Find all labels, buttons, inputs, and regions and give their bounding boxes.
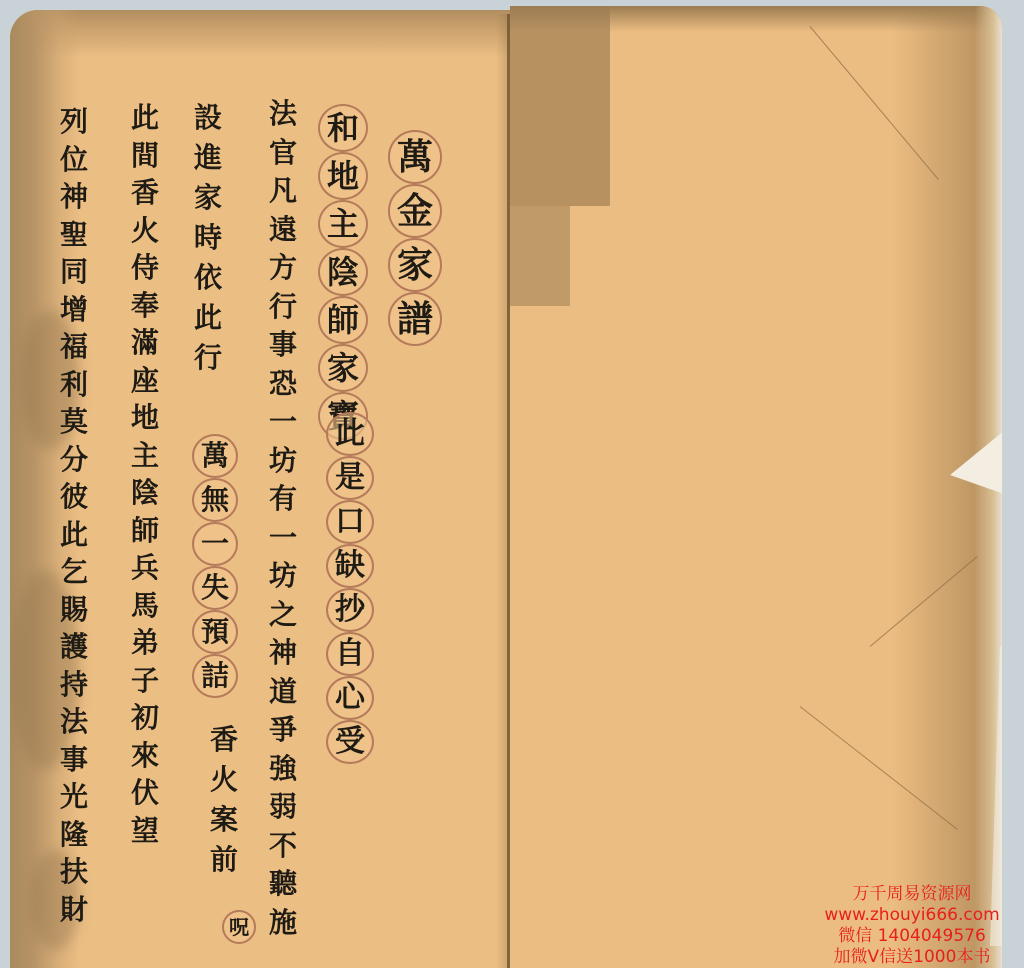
char: 萬 bbox=[192, 434, 238, 478]
char: 此 bbox=[131, 104, 159, 142]
char: 自 bbox=[326, 632, 374, 676]
char: 來 bbox=[131, 742, 159, 780]
char: 依 bbox=[194, 264, 222, 304]
char: 莫 bbox=[60, 408, 88, 446]
char: 聽 bbox=[269, 870, 297, 909]
char: 凡 bbox=[269, 177, 297, 216]
char: 陰 bbox=[131, 479, 159, 517]
char: 進 bbox=[194, 144, 222, 184]
char: 財 bbox=[60, 896, 88, 934]
char: 一 bbox=[269, 524, 297, 563]
char: 失 bbox=[192, 566, 238, 610]
char: 施 bbox=[269, 909, 297, 948]
circled-column-3: 萬 無 一 失 預 詰 bbox=[192, 434, 238, 698]
char: 心 bbox=[326, 676, 374, 720]
char: 前 bbox=[210, 846, 238, 886]
char: 恐 bbox=[269, 370, 297, 409]
char: 法 bbox=[60, 708, 88, 746]
title-column: 萬 金 家 譜 bbox=[388, 130, 442, 346]
char: 賜 bbox=[60, 596, 88, 634]
char: 滿 bbox=[131, 329, 159, 367]
char: 聖 bbox=[60, 221, 88, 259]
text-column-3: 法 官 凡 遠 方 行 事 恐 一 坊 有 一 坊 之 神 道 爭 強 弱 不 … bbox=[255, 100, 311, 947]
char: 香 bbox=[210, 726, 238, 766]
char: 方 bbox=[269, 254, 297, 293]
circled-column-2: 此 是 口 缺 抄 自 心 受 bbox=[326, 412, 374, 764]
char: 護 bbox=[60, 633, 88, 671]
char: 缺 bbox=[326, 544, 374, 588]
char: 增 bbox=[60, 296, 88, 334]
char: 光 bbox=[60, 783, 88, 821]
char: 是 bbox=[326, 456, 374, 500]
char: 呪 bbox=[222, 910, 256, 944]
char: 行 bbox=[269, 293, 297, 332]
char: 師 bbox=[318, 296, 368, 344]
char: 此 bbox=[326, 412, 374, 456]
char: 扶 bbox=[60, 858, 88, 896]
char: 主 bbox=[131, 442, 159, 480]
char: 望 bbox=[131, 817, 159, 855]
char: 列 bbox=[60, 108, 88, 146]
char: 同 bbox=[60, 258, 88, 296]
title-char: 家 bbox=[388, 238, 442, 292]
char: 事 bbox=[60, 746, 88, 784]
char: 家 bbox=[318, 344, 368, 392]
char: 神 bbox=[60, 183, 88, 221]
char: 分 bbox=[60, 446, 88, 484]
char: 受 bbox=[326, 720, 374, 764]
char: 奉 bbox=[131, 292, 159, 330]
char: 家 bbox=[194, 184, 222, 224]
char: 坊 bbox=[269, 447, 297, 486]
char: 彼 bbox=[60, 483, 88, 521]
char: 地 bbox=[318, 152, 368, 200]
char: 火 bbox=[131, 217, 159, 255]
watermark-site-name: 万千周易资源网 bbox=[810, 884, 1014, 905]
char: 法 bbox=[269, 100, 297, 139]
char: 不 bbox=[269, 832, 297, 871]
right-page bbox=[510, 6, 1002, 968]
char: 時 bbox=[194, 224, 222, 264]
char: 兵 bbox=[131, 554, 159, 592]
watermark-url: www.zhouyi666.com bbox=[810, 905, 1014, 926]
circled-mark: 呪 bbox=[222, 910, 256, 944]
char: 道 bbox=[269, 678, 297, 717]
watermark: 万千周易资源网 www.zhouyi666.com 微信 1404049576 … bbox=[810, 884, 1014, 968]
char: 持 bbox=[60, 671, 88, 709]
char: 行 bbox=[194, 344, 222, 384]
title-char: 金 bbox=[388, 184, 442, 238]
text-column-5: 此 間 香 火 侍 奉 滿 座 地 主 陰 師 兵 馬 弟 子 初 來 伏 望 bbox=[117, 104, 173, 854]
char: 初 bbox=[131, 704, 159, 742]
char: 遠 bbox=[269, 216, 297, 255]
char: 陰 bbox=[318, 248, 368, 296]
stain bbox=[510, 206, 570, 306]
char: 和 bbox=[318, 104, 368, 152]
char: 詰 bbox=[192, 654, 238, 698]
circled-column-1: 和 地 主 陰 師 家 寶 bbox=[318, 104, 368, 440]
text-column-6: 列 位 神 聖 同 增 福 利 莫 分 彼 此 乞 賜 護 持 法 事 光 隆 … bbox=[46, 108, 102, 933]
watermark-promo: 加微V信送1000本书 bbox=[810, 947, 1014, 968]
char: 座 bbox=[131, 367, 159, 405]
char: 抄 bbox=[326, 588, 374, 632]
char: 案 bbox=[210, 806, 238, 846]
char: 此 bbox=[194, 304, 222, 344]
char: 福 bbox=[60, 333, 88, 371]
char: 有 bbox=[269, 485, 297, 524]
watermark-wechat: 微信 1404049576 bbox=[810, 926, 1014, 947]
stain bbox=[10, 10, 510, 58]
text-column-4c: 香 火 案 前 bbox=[196, 726, 252, 886]
char: 香 bbox=[131, 179, 159, 217]
char: 神 bbox=[269, 639, 297, 678]
char: 伏 bbox=[131, 779, 159, 817]
char: 火 bbox=[210, 766, 238, 806]
char: 馬 bbox=[131, 592, 159, 630]
char: 坊 bbox=[269, 562, 297, 601]
char: 一 bbox=[269, 408, 297, 447]
char: 之 bbox=[269, 601, 297, 640]
char: 設 bbox=[194, 104, 222, 144]
char: 利 bbox=[60, 371, 88, 409]
char: 爭 bbox=[269, 716, 297, 755]
char: 侍 bbox=[131, 254, 159, 292]
text-column-4: 設 進 家 時 依 此 行 bbox=[180, 104, 236, 384]
stain bbox=[510, 6, 610, 206]
char: 事 bbox=[269, 331, 297, 370]
char: 預 bbox=[192, 610, 238, 654]
char: 師 bbox=[131, 517, 159, 555]
char: 子 bbox=[131, 667, 159, 705]
title-char: 譜 bbox=[388, 292, 442, 346]
char: 乞 bbox=[60, 558, 88, 596]
char: 弟 bbox=[131, 629, 159, 667]
title-char: 萬 bbox=[388, 130, 442, 184]
char: 地 bbox=[131, 404, 159, 442]
char: 官 bbox=[269, 139, 297, 178]
char: 強 bbox=[269, 755, 297, 794]
char: 口 bbox=[326, 500, 374, 544]
char: 間 bbox=[131, 142, 159, 180]
char: 此 bbox=[60, 521, 88, 559]
char: 隆 bbox=[60, 821, 88, 859]
char: 位 bbox=[60, 146, 88, 184]
char: 無 bbox=[192, 478, 238, 522]
char: 一 bbox=[192, 522, 238, 566]
char: 弱 bbox=[269, 793, 297, 832]
char: 主 bbox=[318, 200, 368, 248]
